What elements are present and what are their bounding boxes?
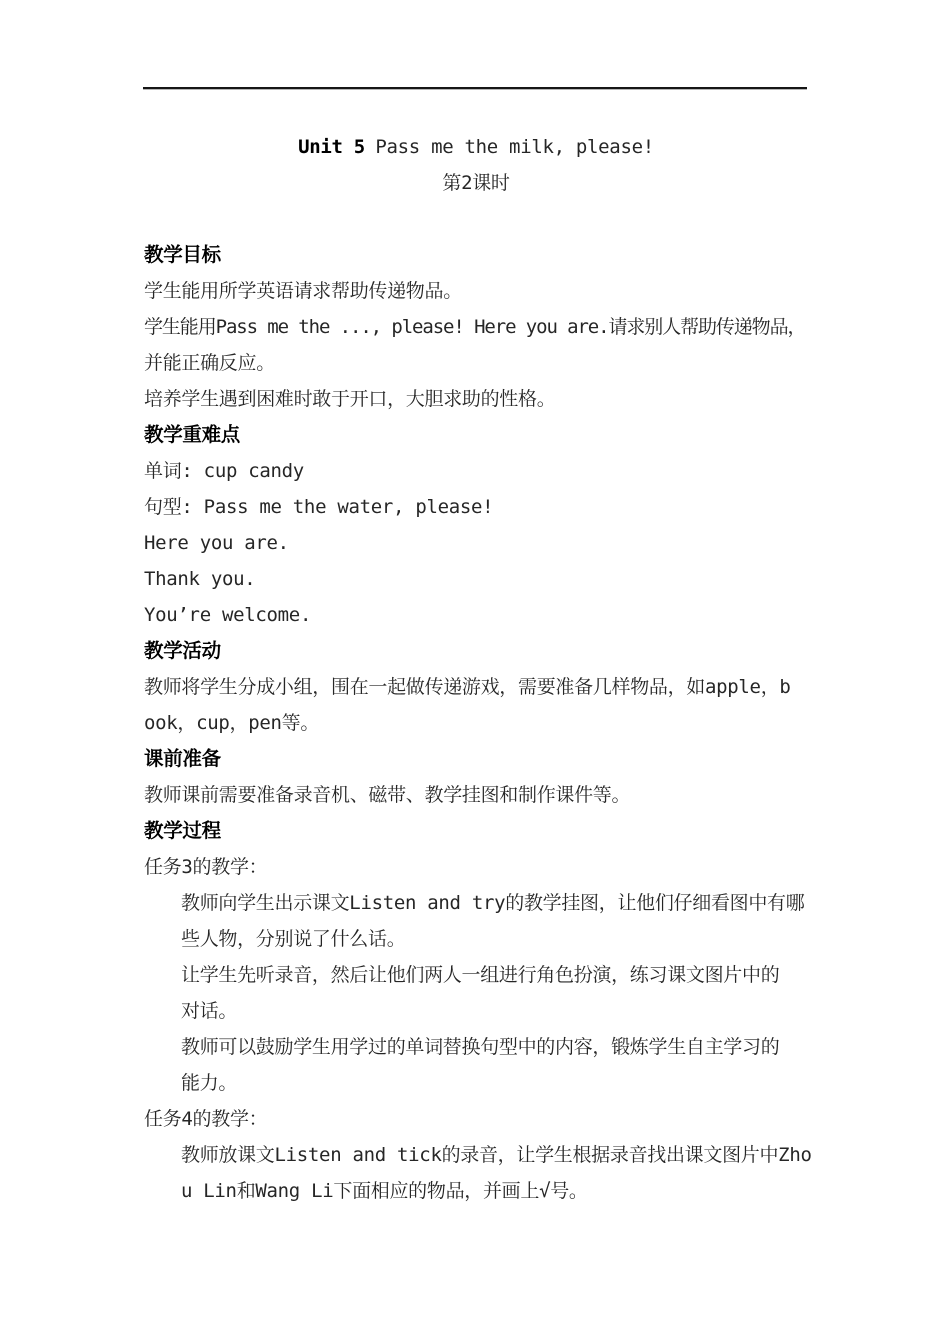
heading-pre-class-preparation: 课前准备 [144,741,808,777]
task-3-label: 任务3的教学： [144,849,808,885]
title-unit-label: Unit 5 [298,136,365,158]
text-line: You’re welcome. [144,597,808,633]
text-line: 能力。 [144,1065,808,1101]
text-line: 教师放课文Listen and tick的录音，让学生根据录音找出课文图片中Zh… [144,1137,808,1173]
header-rule [143,87,807,90]
text-line: 对话。 [144,993,808,1029]
text-line: Here you are. [144,525,808,561]
text-line: 学生能用Pass me the ..., please! Here you ar… [144,309,808,345]
text-line: 教师将学生分成小组，围在一起做传递游戏，需要准备几样物品，如apple，b [144,669,808,705]
text-line: 教师课前需要准备录音机、磁带、教学挂图和制作课件等。 [144,777,808,813]
text-line: 句型: Pass me the water, please! [144,489,808,525]
text-line: u Lin和Wang Li下面相应的物品，并画上√号。 [144,1173,808,1209]
text-line: ook，cup，pen等。 [144,705,808,741]
document-content: Unit 5Pass me the milk, please! 第2课时 教学目… [144,129,808,1209]
document-subtitle: 第2课时 [144,165,808,201]
text-line: 学生能用所学英语请求帮助传递物品。 [144,273,808,309]
document-title: Unit 5Pass me the milk, please! [144,129,808,165]
text-line: Thank you. [144,561,808,597]
text-line: 些人物，分别说了什么话。 [144,921,808,957]
heading-key-difficult-points: 教学重难点 [144,417,808,453]
text-line: 并能正确反应。 [144,345,808,381]
heading-teaching-objectives: 教学目标 [144,237,808,273]
task-4-label: 任务4的教学： [144,1101,808,1137]
text-line: 单词: cup candy [144,453,808,489]
heading-teaching-activities: 教学活动 [144,633,808,669]
text-line: 教师可以鼓励学生用学过的单词替换句型中的内容，锻炼学生自主学习的 [144,1029,808,1065]
text-line: 培养学生遇到困难时敢于开口，大胆求助的性格。 [144,381,808,417]
title-text: Pass me the milk, please! [375,136,653,158]
text-line: 教师向学生出示课文Listen and try的教学挂图，让他们仔细看图中有哪 [144,885,808,921]
blank-line [144,201,808,237]
text-line: 让学生先听录音，然后让他们两人一组进行角色扮演，练习课文图片中的 [144,957,808,993]
document-page: Unit 5Pass me the milk, please! 第2课时 教学目… [0,0,950,1344]
heading-teaching-process: 教学过程 [144,813,808,849]
